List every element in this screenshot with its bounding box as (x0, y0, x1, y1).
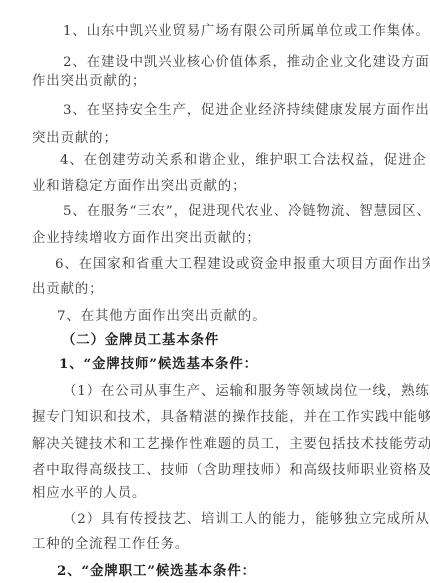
list-item-5-continuation: 企业持续增收方面作出突出贡献的； (32, 231, 261, 247)
list-item-3-continuation: 突出贡献的； (32, 131, 118, 147)
list-item-2-core-values: 2、在建设中凯兴业核心价值体系，推动企业文化建设方面 (63, 55, 430, 71)
list-item-3-safe-production: 3、在坚持安全生产，促进企业经济持续健康发展方面作出 (63, 103, 430, 119)
list-item-2-continuation: 作出突出贡献的； (32, 74, 146, 90)
list-item-6-major-projects: 6、在国家和省重大工程建设或资金申报重大项目方面作出突 (55, 257, 430, 273)
paragraph-technician-1-line5: 相应水平的人员。 (32, 486, 146, 502)
document-page: 1、山东中凯兴业贸易广场有限公司所属单位或工作集体。 2、在建设中凯兴业核心价值… (0, 0, 430, 583)
list-item-6-continuation: 出贡献的； (32, 282, 103, 298)
paragraph-technician-1-line3: 解决关键技术和工艺操作性难题的员工，主要包括技术技能劳动 (32, 437, 430, 453)
list-item-4-labor-relations: 4、在创建劳动关系和谐企业，维护职工合法权益，促进企 (60, 153, 427, 169)
subheading-gold-technician: 1、“金牌技师”候选基本条件： (59, 356, 258, 372)
paragraph-technician-1-line4: 者中取得高级技工、技师（含助理技师）和高级技师职业资格及 (32, 463, 430, 479)
list-item-4-continuation: 业和谐稳定方面作出突出贡献的； (32, 179, 246, 195)
paragraph-technician-2-line2: 工种的全流程工作任务。 (32, 537, 189, 553)
list-item-5-rural-service: 5、在服务“三农”，促进现代农业、冷链物流、智慧园区、 (63, 204, 430, 220)
subheading-gold-worker: 2、“金牌职工”候选基本条件： (57, 563, 256, 579)
list-item-1-subordinate-units: 1、山东中凯兴业贸易广场有限公司所属单位或工作集体。 (63, 24, 430, 40)
paragraph-technician-1: （1）在公司从事生产、运输和服务等领域岗位一线，熟练掌 (63, 384, 430, 400)
list-item-7-other: 7、在其他方面作出突出贡献的。 (57, 309, 267, 325)
section-heading-gold-staff: （二）金牌员工基本条件 (62, 332, 219, 348)
paragraph-technician-2: （2）具有传授技艺、培训工人的能力，能够独立完成所从事 (63, 512, 430, 528)
paragraph-technician-1-line2: 握专门知识和技术，具备精湛的操作技能，并在工作实践中能够 (32, 410, 430, 426)
